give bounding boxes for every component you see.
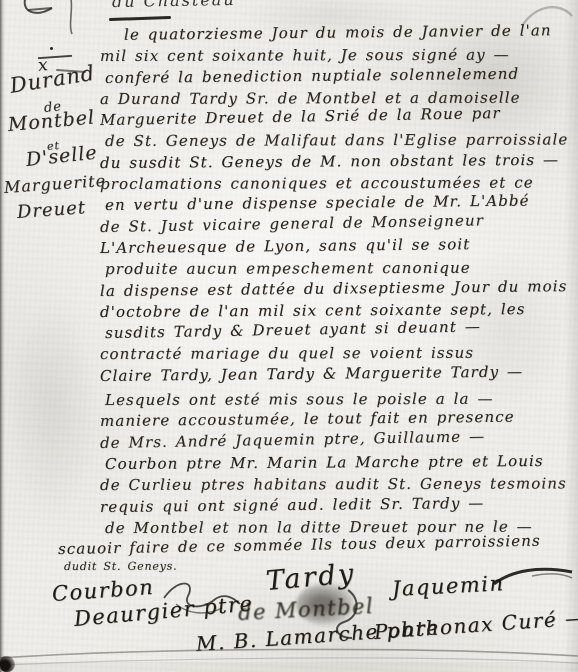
record-line: la dispense est dattée du dixseptiesme J… — [100, 276, 574, 302]
record-line: Courbon ptre Mr. Marin La Marche ptre et… — [105, 451, 574, 476]
margin-bride-surname: Dreuet — [16, 197, 86, 223]
margin-title: D'selle — [25, 142, 99, 171]
record-text-block: le quatorziesme Jour du mois de Janvier … — [100, 25, 574, 576]
record-line: conferé la benediction nuptiale solennel… — [105, 63, 574, 89]
signature-ponthonax: Ponthonax Curé — — [373, 605, 578, 644]
corner-flourish — [18, 0, 88, 38]
margin-mark-dot — [50, 47, 53, 50]
record-line: requis qui ont signé aud. ledit Sr. Tard… — [100, 492, 574, 518]
record-line: du susdit St. Geneys de M. non obstant l… — [100, 149, 574, 174]
record-line: Claire Tardy, Jean Tardy & Marguerite Ta… — [100, 361, 574, 387]
signature-jaquemin: Jaquemin — [391, 571, 505, 601]
manuscript-page: du Chasteau x Durand de Montbel et D'sel… — [0, 0, 578, 672]
top-cutoff-text: du Chasteau — [112, 0, 236, 11]
corner-ink-blob — [0, 656, 15, 672]
margin-groom-surname: Durand — [8, 61, 97, 98]
top-underline-stroke — [109, 16, 171, 21]
below-edge-shade — [0, 662, 578, 672]
record-line: le quatorziesme Jour du mois de Janvier … — [100, 20, 574, 46]
margin-bride-firstname: Marguerite — [3, 171, 106, 197]
margin-estate-name: Montbel — [7, 106, 96, 136]
bleed-through-smudge — [8, 300, 98, 520]
record-line: L'Archeuesque de Lyon, sans qu'il se soi… — [100, 233, 574, 259]
binding-edge-shadow — [0, 0, 5, 672]
